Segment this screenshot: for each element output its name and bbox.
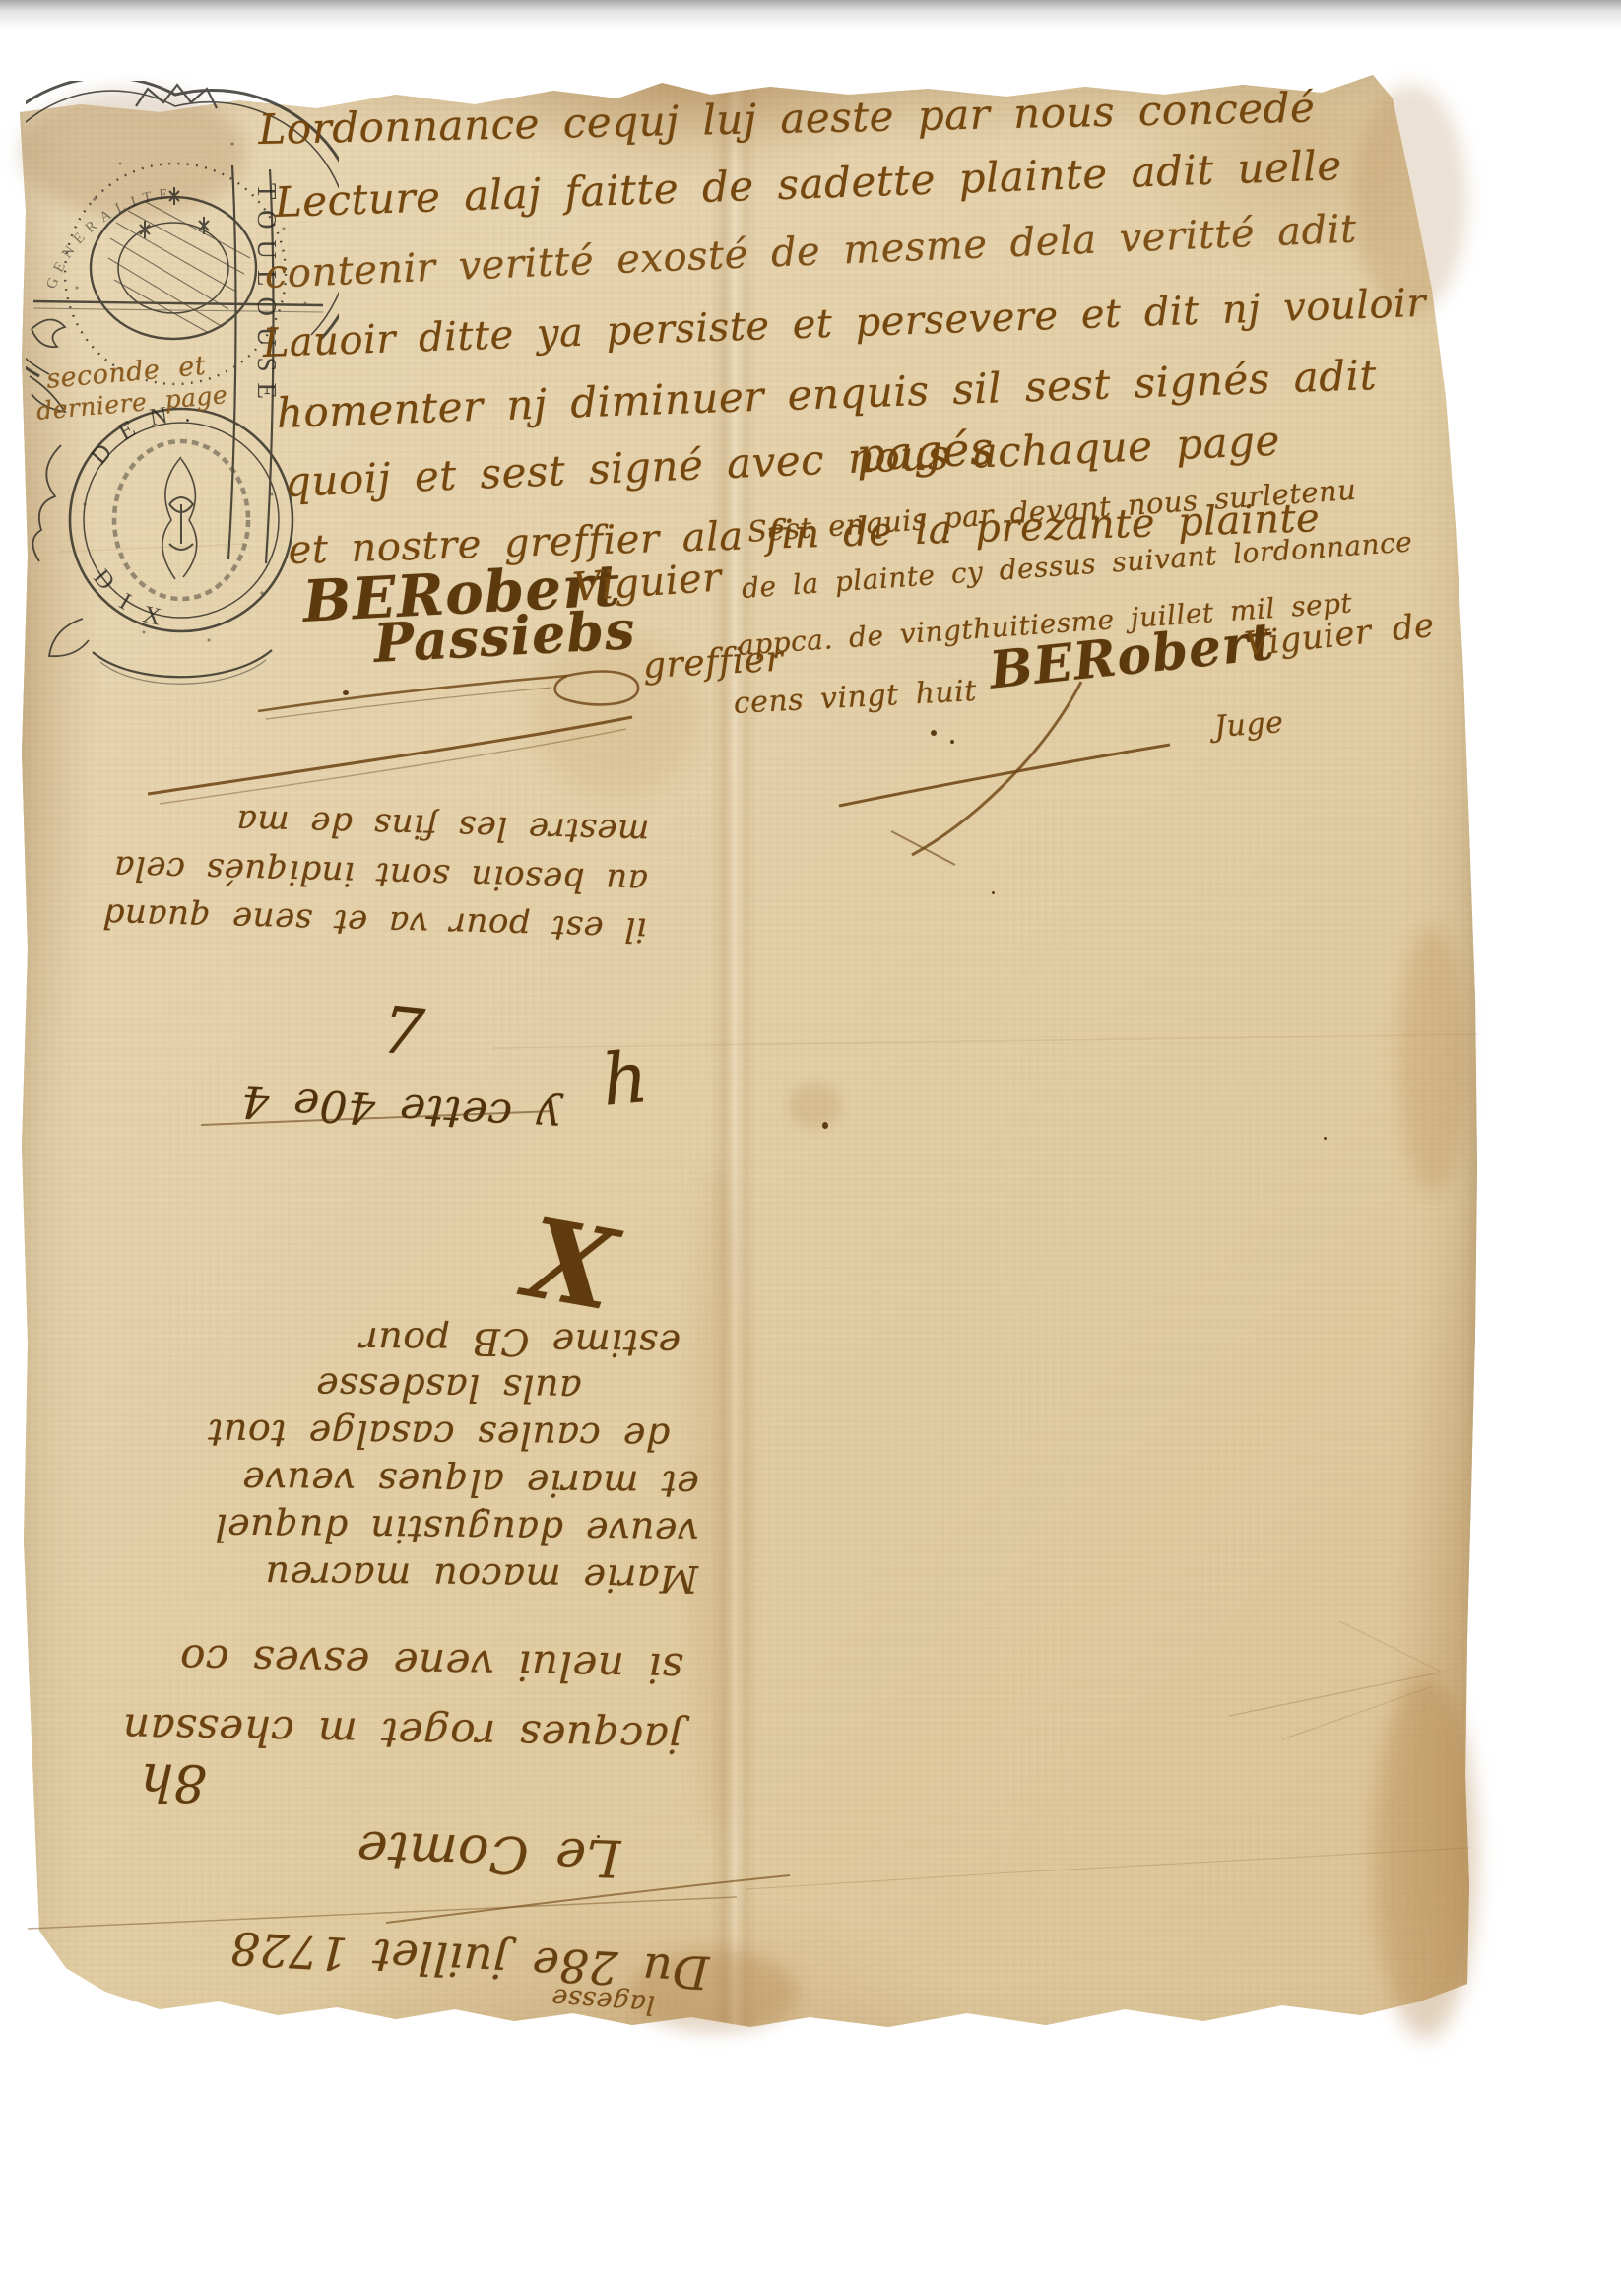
dorse-mark-seven: 7: [378, 993, 427, 1072]
scanner-edge-shadow: [0, 0, 1621, 30]
stamp-arc-text: GENERALITE: [43, 186, 175, 291]
dorse-mark-eight-h: 8h: [139, 1750, 208, 1811]
dorse-note-upper: il est pour va et sene quand au besoin s…: [55, 792, 650, 953]
scanner-background: GENERALITE TOULOUSE DEN. DIX seconde et …: [0, 0, 1621, 2296]
dorse-line: de caules casalge tout: [54, 1408, 699, 1461]
dorse-line: veuve daugustin duquel: [53, 1502, 698, 1555]
signature-passiebs: Passiebs: [372, 599, 637, 674]
stamp-arc-text-container: GENERALITE: [43, 186, 175, 291]
dorse-comte: Le Comte: [324, 1817, 621, 1886]
dorse-line: estime CB pour: [55, 1313, 700, 1366]
right-signature-subtitle: Juge: [1213, 706, 1285, 745]
dorse-line: si nelui vene esves co: [57, 1621, 683, 1702]
right-column-heading: pagés: [855, 423, 995, 482]
dorse-line: Marie macou macreu: [53, 1549, 698, 1603]
dorse-mark-h: h: [599, 1036, 652, 1122]
dorse-line: et marie alques veuve: [54, 1455, 699, 1508]
dorse-line: auls lasdesse: [54, 1360, 699, 1413]
dorse-note-names: Marie macou macreu veuve daugustin duque…: [53, 1313, 700, 1602]
